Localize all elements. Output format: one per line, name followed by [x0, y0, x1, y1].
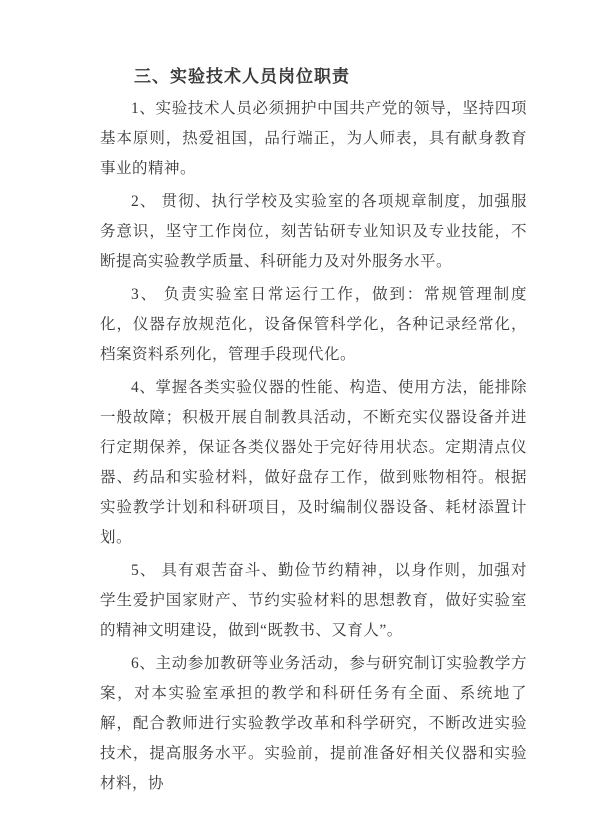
paragraph-4: 4、掌握各类实验仪器的性能、构造、使用方法，能排除一般故障；积极开展自制教具活动…: [100, 373, 527, 553]
document-page: 三、实验技术人员岗位职责 1、实验技术人员必须拥护中国共产党的领导，坚持四项基本…: [0, 0, 592, 833]
paragraph-3: 3、 负责实验室日常运行工作，做到：常规管理制度化，仪器存放规范化，设备保管科学…: [100, 280, 527, 370]
paragraph-6: 6、主动参加教研等业务活动，参与研究制订实验教学方案，对本实验室承担的教学和科研…: [100, 649, 527, 799]
document-content: 三、实验技术人员岗位职责 1、实验技术人员必须拥护中国共产党的领导，坚持四项基本…: [100, 62, 527, 799]
paragraph-2: 2、 贯彻、执行学校及实验室的各项规章制度，加强服务意识，坚守工作岗位，刻苦钻研…: [100, 187, 527, 277]
paragraph-5: 5、 具有艰苦奋斗、勤俭节约精神，以身作则，加强对学生爱护国家财产、节约实验材料…: [100, 556, 527, 646]
paragraph-1: 1、实验技术人员必须拥护中国共产党的领导，坚持四项基本原则，热爱祖国，品行端正，…: [100, 94, 527, 184]
document-title: 三、实验技术人员岗位职责: [100, 62, 527, 92]
